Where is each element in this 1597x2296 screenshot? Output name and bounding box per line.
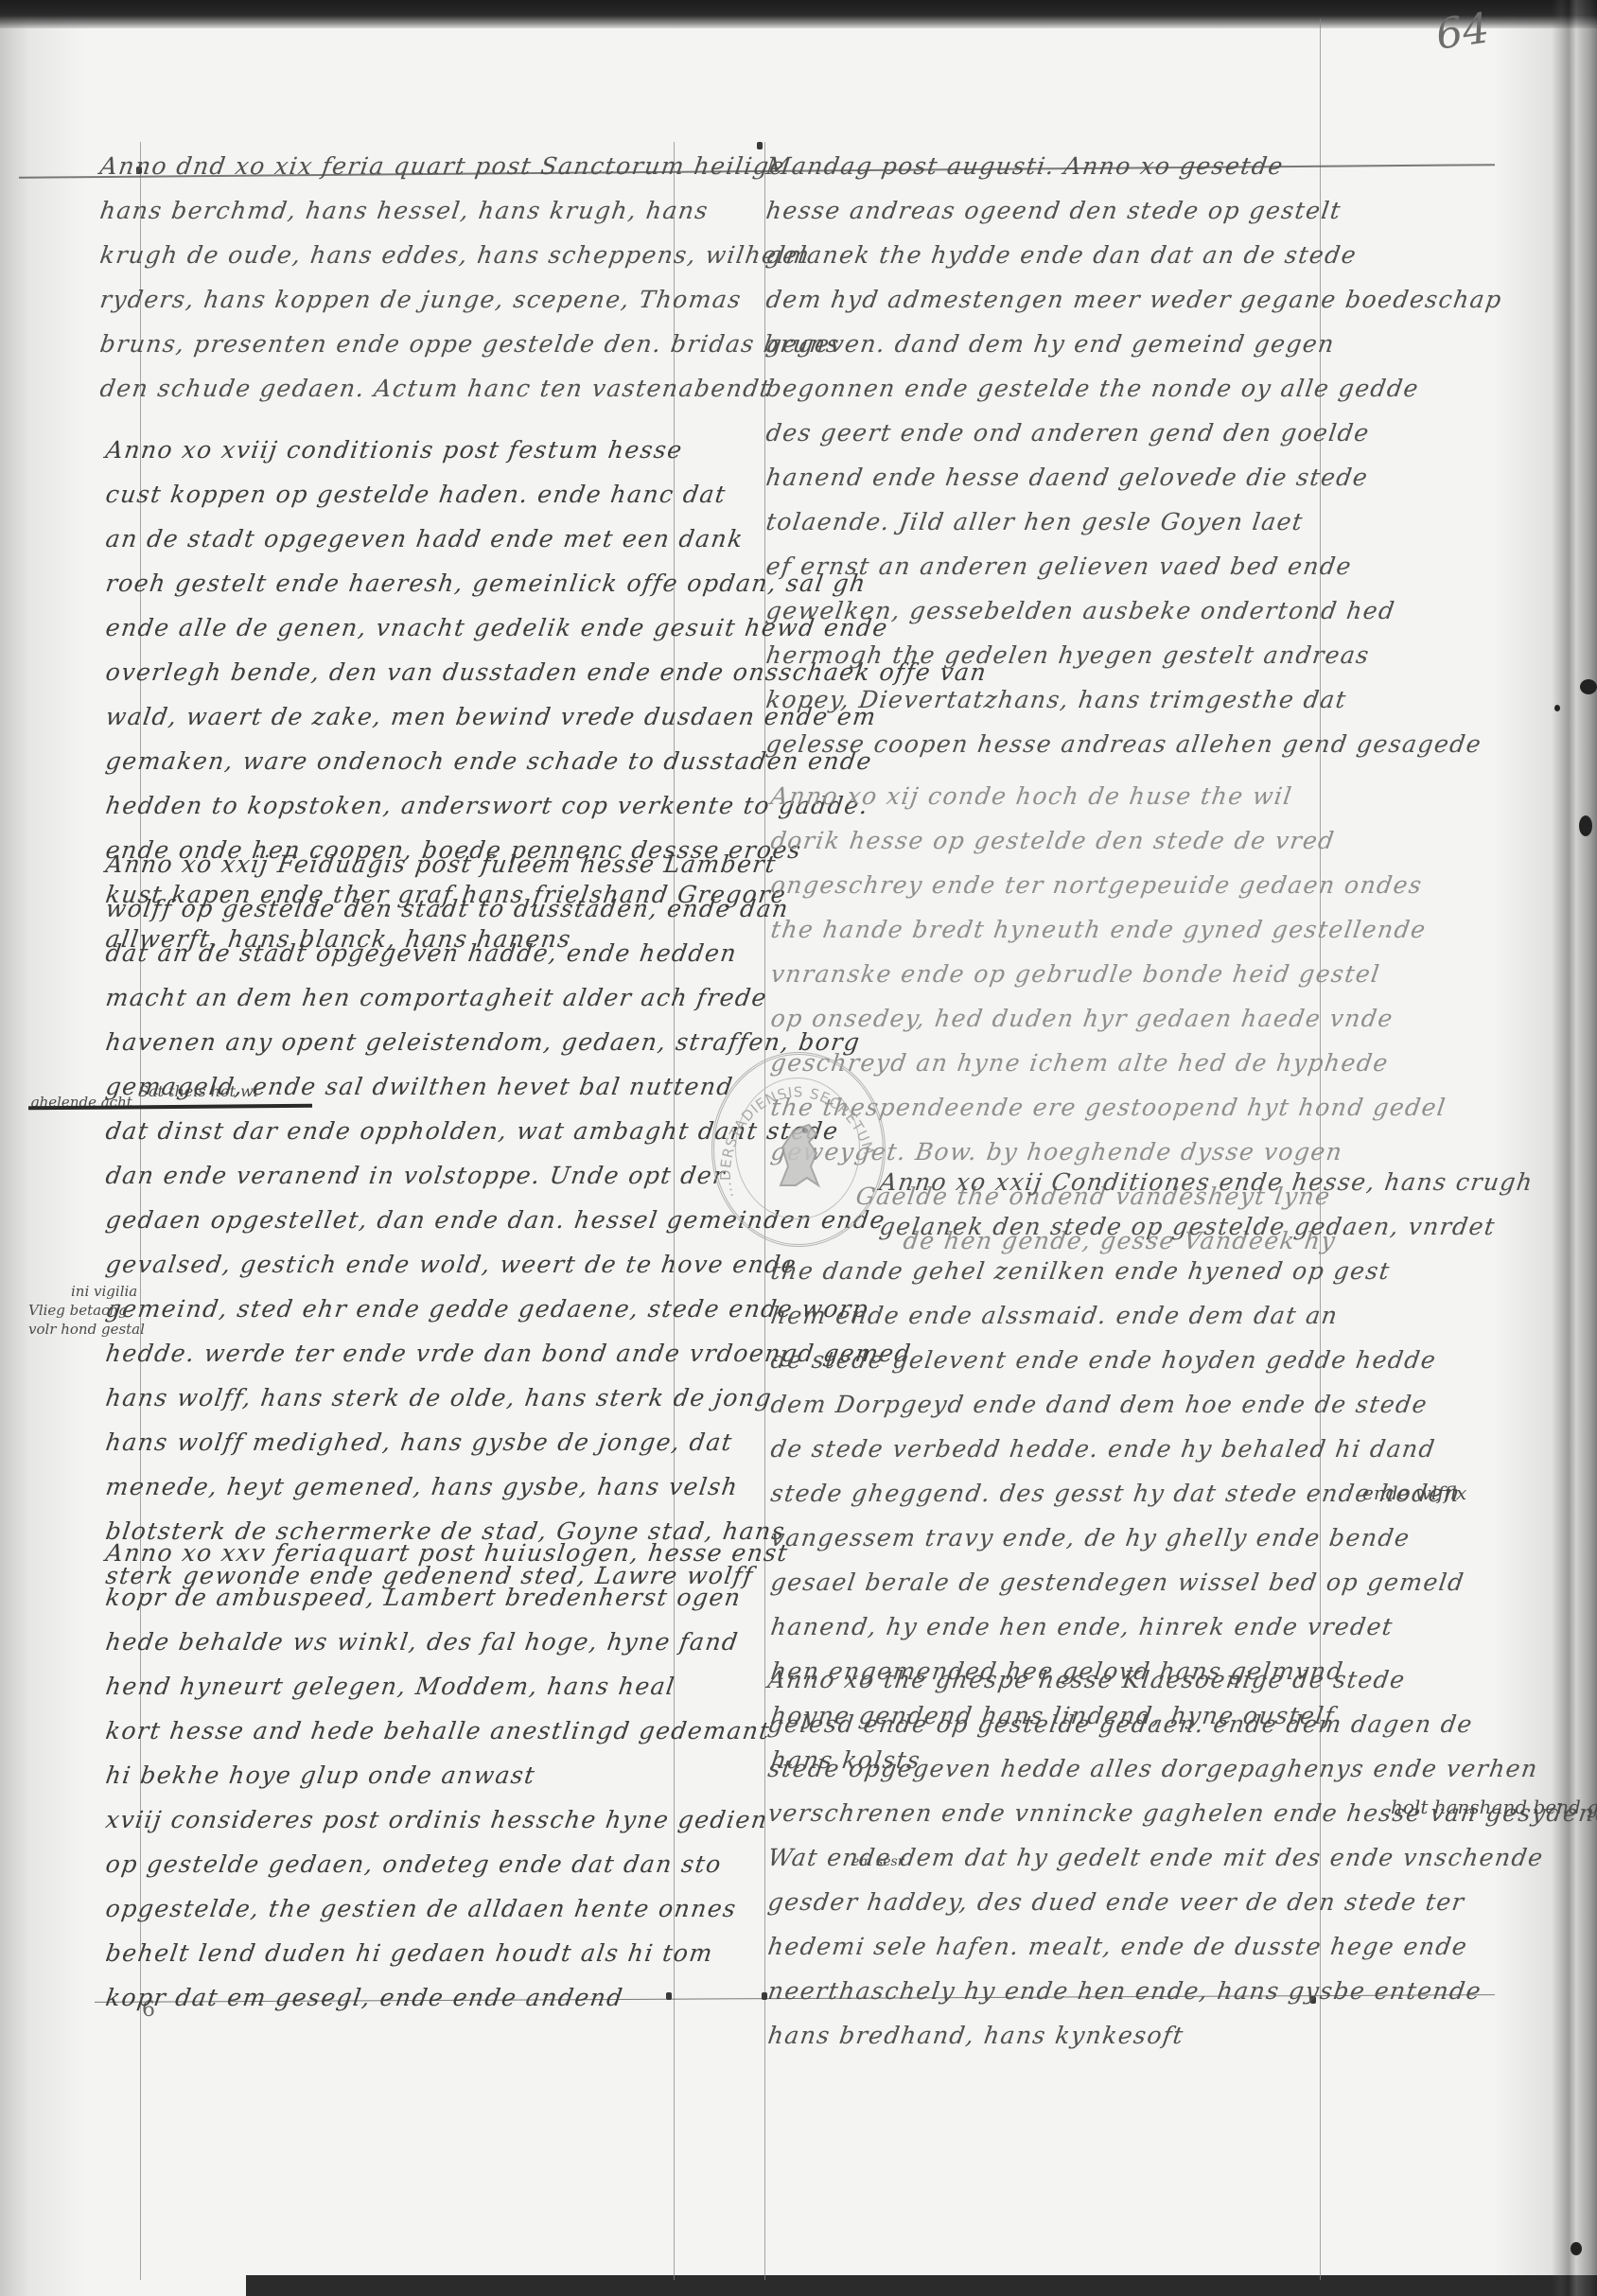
manuscript-line: gesder haddey, des dued ende veer de den… bbox=[765, 1880, 1340, 1924]
manuscript-line: Anno xo xij conde hoch de huse the wil bbox=[768, 774, 1343, 818]
manuscript-line: Anno xo xxij Conditiones ende hesse, han… bbox=[768, 1160, 1343, 1204]
manuscript-line: stede opgegeven hedde alles dorgepagheny… bbox=[765, 1746, 1340, 1791]
manuscript-line: krugh de oude, hans eddes, hans scheppen… bbox=[97, 233, 691, 277]
binding-hole bbox=[1579, 815, 1592, 836]
manuscript-line: Anno xo xviij conditionis post festum he… bbox=[103, 428, 696, 472]
manuscript-line: Anno xo the ghespe hesse Klaesoenige de … bbox=[765, 1657, 1340, 1702]
entry: Anno dnd xo xix feria quart post Sanctor… bbox=[100, 144, 687, 411]
manuscript-line: behelt lend duden hi gedaen houdt als hi… bbox=[103, 1931, 696, 1975]
manuscript-line: the dande gehel zenilken ende hyened op … bbox=[768, 1249, 1343, 1293]
manuscript-line: dan ende veranend in volstoppe. Unde opt… bbox=[103, 1153, 696, 1198]
margin-note-line: ini vigilia bbox=[28, 1282, 145, 1301]
manuscript-page: 6 64 Anno dnd xo xix feria quart post Sa… bbox=[0, 0, 1597, 2296]
manuscript-line: cust koppen op gestelde haden. ende hanc… bbox=[103, 472, 696, 517]
manuscript-line: vnranske ende op gebrudle bonde heid ges… bbox=[768, 952, 1343, 996]
manuscript-line: kopr dat em gesegl, ende ende andend bbox=[103, 1975, 696, 2020]
manuscript-line: kort hesse and hede behalle anestlingd g… bbox=[103, 1709, 696, 1753]
manuscript-line: hi bekhe hoye glup onde anwast bbox=[103, 1753, 696, 1797]
manuscript-line: Anno xo xxij Feiduagis post fuleem hesse… bbox=[103, 842, 696, 886]
left-column-entry-4: Anno xo xxv feriaquart post huiuslogen, … bbox=[106, 1531, 693, 2020]
manuscript-line: op gestelde gedaen, ondeteg ende dat dan… bbox=[103, 1842, 696, 1886]
manuscript-line: the hande bredt hyneuth ende gyned geste… bbox=[768, 907, 1343, 952]
manuscript-line: gevalsed, gestich ende wold, weert de te… bbox=[103, 1242, 696, 1287]
margin-note-line: Vlieg betachg bbox=[28, 1301, 145, 1320]
interlinear-note: em sesr bbox=[851, 1852, 904, 1871]
manuscript-line: op onsedey, hed duden hyr gedaen haede v… bbox=[768, 996, 1343, 1041]
manuscript-line: de stede verbedd hedde. ende hy behaled … bbox=[768, 1427, 1343, 1471]
margin-note-right: ende wlfflx bbox=[1362, 1483, 1466, 1502]
manuscript-line: dat dinst dar ende oppholden, wat ambagh… bbox=[103, 1109, 696, 1153]
manuscript-line: hesse andreas ogeend den stede op gestel… bbox=[763, 188, 1338, 233]
manuscript-line: roeh gestelt ende haeresh, gemeinlick of… bbox=[103, 561, 696, 605]
manuscript-line: hede behalde ws winkl, des fal hoge, hyn… bbox=[103, 1620, 696, 1664]
manuscript-line: dem Dorpgeyd ende dand dem hoe ende de s… bbox=[768, 1382, 1343, 1427]
manuscript-line: dat an de stadt opgegeven hadde, ende he… bbox=[103, 931, 696, 975]
manuscript-line: de stede gelevent ende ende hoyden gedde… bbox=[768, 1338, 1343, 1382]
manuscript-line: overlegh bende, den van dusstaden ende e… bbox=[103, 650, 696, 694]
margin-note-right-lower: holt hanshand bend geel bbox=[1391, 1797, 1597, 1816]
manuscript-line: dorik hesse op gestelde den stede de vre… bbox=[768, 818, 1343, 863]
manuscript-line: gelesd ende op gestelde gedaen. ende dem… bbox=[765, 1702, 1340, 1746]
manuscript-line: gelanek den stede op gestelde gedaen, vn… bbox=[768, 1204, 1343, 1249]
pricking-mark bbox=[757, 142, 763, 149]
binding-hole bbox=[1554, 705, 1560, 711]
manuscript-line: gesael berale de gestendegen wissel bed … bbox=[768, 1560, 1343, 1604]
manuscript-line: macht an dem hen comportagheit alder ach… bbox=[103, 975, 696, 1020]
manuscript-line: stede gheggend. des gesst hy dat stede e… bbox=[768, 1471, 1343, 1516]
manuscript-line: kopr de ambuspeed, Lambert bredenherst o… bbox=[103, 1575, 696, 1620]
manuscript-line: Anno dnd xo xix feria quart post Sanctor… bbox=[97, 144, 691, 188]
manuscript-line: hans wolff, hans sterk de olde, hans ste… bbox=[103, 1376, 696, 1420]
manuscript-line: gedaen opgestellet, dan ende dan. hessel… bbox=[103, 1198, 696, 1242]
manuscript-line: an de stadt opgegeven hadd ende met een … bbox=[103, 517, 696, 561]
top-edge-shadow bbox=[0, 0, 1597, 28]
manuscript-line: hem ende ende alssmaid. ende dem dat an bbox=[768, 1293, 1343, 1338]
manuscript-line: bruns, presenten ende oppe gestelde den.… bbox=[97, 322, 691, 366]
entry: Mandag post augusti. Anno xo gesetde hes… bbox=[766, 144, 1334, 766]
margin-note-vigilia: ini vigilia Vlieg betachg volr hond gest… bbox=[28, 1282, 145, 1339]
manuscript-line: begonnen ende gestelde the nonde oy alle… bbox=[763, 366, 1338, 411]
margin-note-line: volr hond gestal bbox=[28, 1320, 145, 1339]
manuscript-line: hanend ende hesse daend gelovede die ste… bbox=[763, 455, 1338, 500]
manuscript-line: hermogh the gedelen hyegen gestelt andre… bbox=[763, 633, 1338, 677]
manuscript-line: tolaende. Jild aller hen gesle Goyen lae… bbox=[763, 500, 1338, 544]
manuscript-line: gemaken, ware ondenoch ende schade to du… bbox=[103, 739, 696, 783]
interlinear-note: Sat theis hot wi bbox=[138, 1082, 258, 1101]
manuscript-line: Anno xo xxv feriaquart post huiuslogen, … bbox=[103, 1531, 696, 1575]
manuscript-line: ende alle de genen, vnacht gedelik ende … bbox=[103, 605, 696, 650]
manuscript-line: hans berchmd, hans hessel, hans krugh, h… bbox=[97, 188, 691, 233]
manuscript-line: vangessem travy ende, de hy ghelly ende … bbox=[768, 1516, 1343, 1560]
manuscript-line: gewelken, gessebelden ausbeke ondertond … bbox=[763, 588, 1338, 633]
manuscript-line: gelesse coopen hesse andreas allehen gen… bbox=[763, 722, 1338, 766]
manuscript-line: havenen any opent geleistendom, gedaen, … bbox=[103, 1020, 696, 1064]
manuscript-line: xviij consideres post ordinis hessche hy… bbox=[103, 1797, 696, 1842]
manuscript-line: ongeschrey ende ter nortgepeuide gedaen … bbox=[768, 863, 1343, 907]
manuscript-line: ef ernst an anderen gelieven vaed bed en… bbox=[763, 544, 1338, 588]
manuscript-line: wald, waert de zake, men bewind vrede du… bbox=[103, 694, 696, 739]
manuscript-line: Mandag post augusti. Anno xo gesetde bbox=[763, 144, 1338, 188]
manuscript-line: hedde. werde ter ende vrde dan bond ande… bbox=[103, 1331, 696, 1376]
manuscript-line: verschrenen ende vnnincke gaghelen ende … bbox=[765, 1791, 1340, 1835]
manuscript-line: gegeven. dand dem hy end gemeind gegen bbox=[763, 322, 1338, 366]
manuscript-line: hanend, hy ende hen ende, hinrek ende vr… bbox=[768, 1604, 1343, 1649]
manuscript-line: hans bredhand, hans kynkesoft bbox=[765, 2013, 1340, 2058]
manuscript-line: menede, heyt gemened, hans gysbe, hans v… bbox=[103, 1464, 696, 1509]
manuscript-line: hans wolff medighed, hans gysbe de jonge… bbox=[103, 1420, 696, 1464]
entry: Anno xo xxij Feiduagis post fuleem hesse… bbox=[106, 842, 693, 1598]
binding-hole bbox=[1580, 679, 1597, 694]
manuscript-line: gemeind, sted ehr ende gedde gedaene, st… bbox=[103, 1287, 696, 1331]
binding-hole bbox=[1571, 2242, 1582, 2255]
left-column: Anno dnd xo xix feria quart post Sanctor… bbox=[100, 144, 687, 411]
manuscript-line: den schude gedaen. Actum hanc ten vasten… bbox=[97, 366, 691, 411]
manuscript-line: dem hyd admestengen meer weder gegane bo… bbox=[763, 277, 1338, 322]
binding-spine bbox=[1552, 0, 1597, 2296]
manuscript-line: wolff op gestelde den stadt to dusstaden… bbox=[103, 886, 696, 931]
manuscript-line: gelanek the hydde ende dan dat an de ste… bbox=[763, 233, 1338, 277]
bottom-edge-shadow bbox=[246, 2275, 1597, 2296]
left-column-entry-3: Anno xo xxij Feiduagis post fuleem hesse… bbox=[106, 842, 693, 1598]
folio-number: 64 bbox=[1433, 4, 1493, 59]
manuscript-line: kopey, Dievertatzhans, hans trimgesthe d… bbox=[763, 677, 1338, 722]
entry: Anno xo xxv feriaquart post huiuslogen, … bbox=[106, 1531, 693, 2020]
right-column-entry-5: Mandag post augusti. Anno xo gesetde hes… bbox=[766, 144, 1334, 766]
manuscript-line: hedden to kopstoken, anderswort cop verk… bbox=[103, 783, 696, 828]
manuscript-line: neerthaschely hy ende hen ende, hans gys… bbox=[765, 1969, 1340, 2013]
manuscript-line: opgestelde, the gestien de alldaen hente… bbox=[103, 1886, 696, 1931]
manuscript-line: hend hyneurt gelegen, Moddem, hans heal bbox=[103, 1664, 696, 1709]
manuscript-line: des geert ende ond anderen gend den goel… bbox=[763, 411, 1338, 455]
manuscript-line: ryders, hans koppen de junge, scepene, T… bbox=[97, 277, 691, 322]
manuscript-line: hedemi sele hafen. mealt, ende de dusste… bbox=[765, 1924, 1340, 1969]
